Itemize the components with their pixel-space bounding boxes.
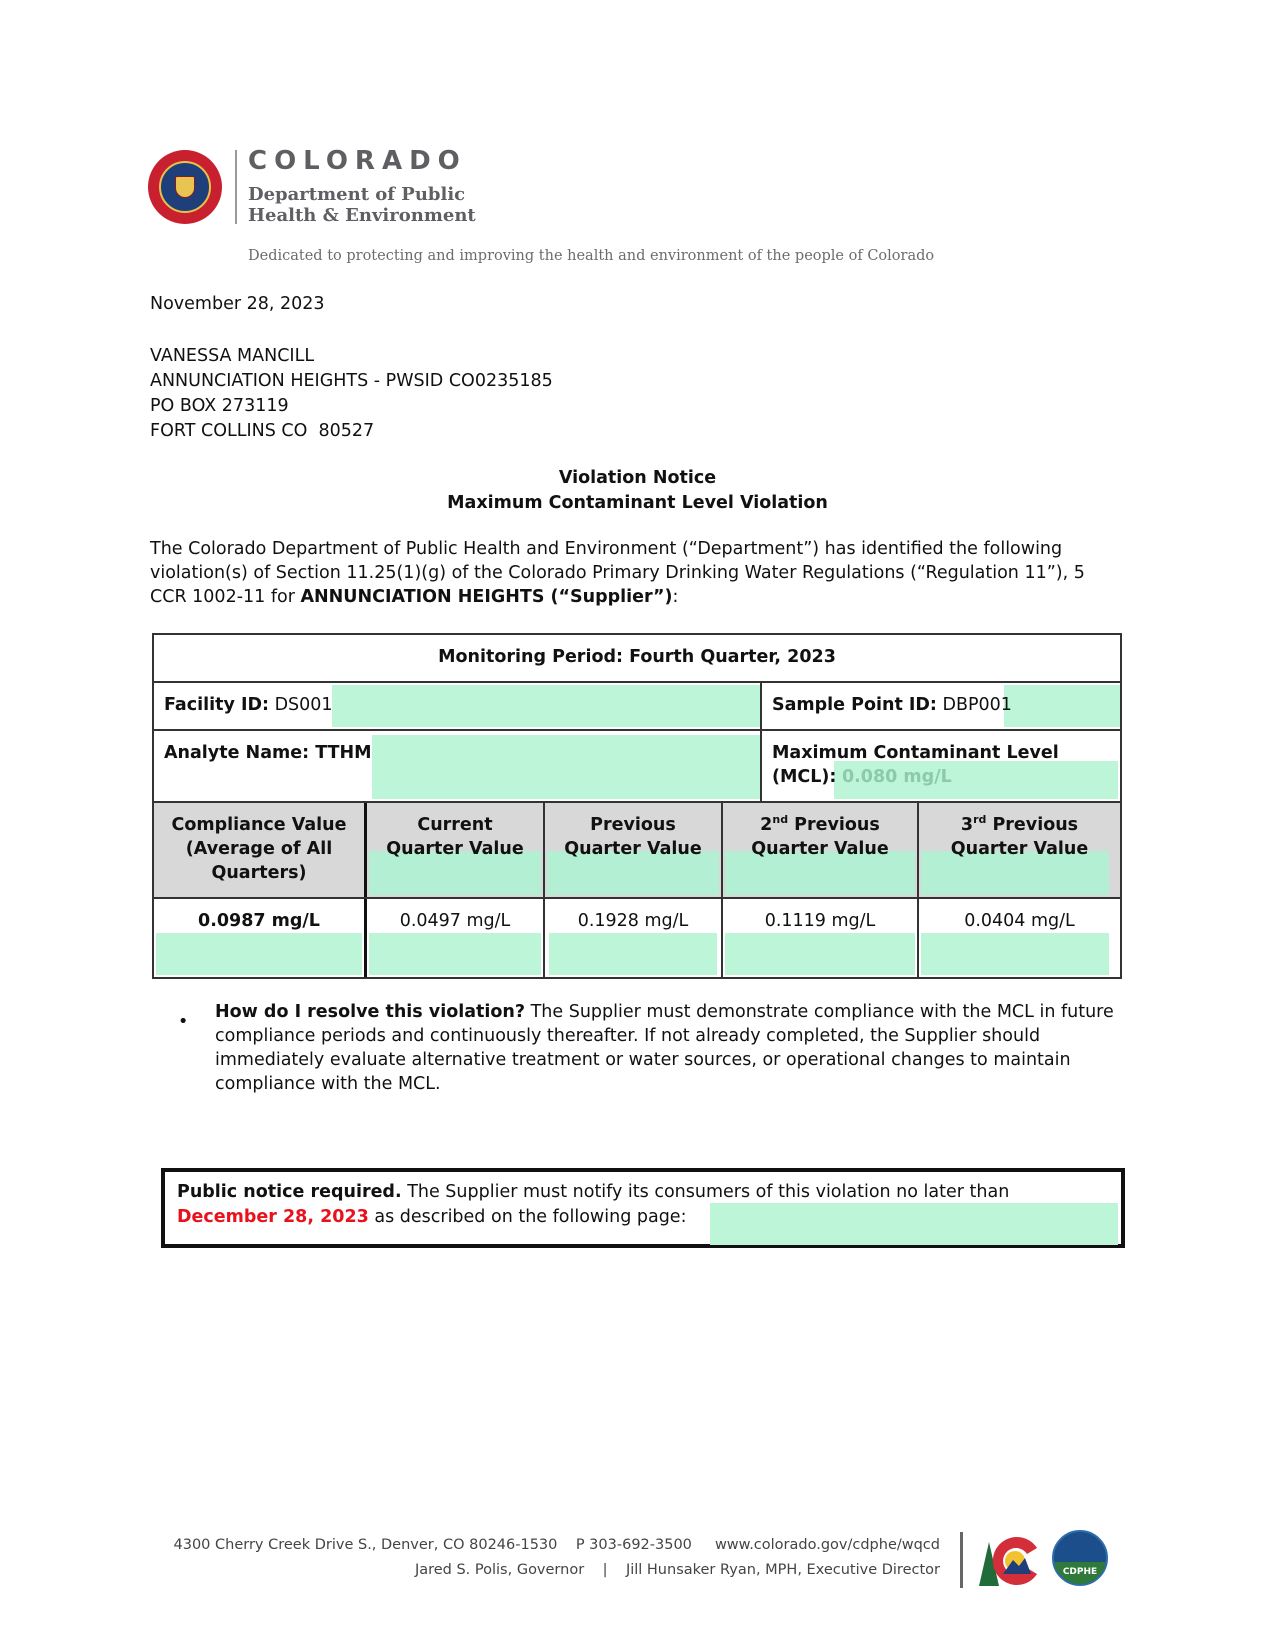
compliance-value: 0.0987 mg/L	[154, 899, 367, 977]
recipient-system: ANNUNCIATION HEIGHTS - PWSID CO0235185	[150, 369, 553, 394]
column-header-2nd-previous-quarter: 2nd Previous Quarter Value	[723, 803, 919, 897]
notice-title: Violation Notice Maximum Contaminant Lev…	[0, 466, 1275, 516]
column-header-3rd-previous-quarter: 3rd Previous Quarter Value	[919, 803, 1120, 897]
logo-divider	[235, 150, 237, 224]
notice-title-main: Violation Notice	[0, 466, 1275, 491]
colorado-state-seal-icon	[148, 150, 222, 224]
public-notice-box: Public notice required. The Supplier mus…	[161, 1168, 1125, 1248]
violation-table: Monitoring Period: Fourth Quarter, 2023 …	[152, 633, 1122, 979]
recipient-name: VANESSA MANCILL	[150, 344, 553, 369]
recipient-address-line1: PO BOX 273119	[150, 394, 553, 419]
sample-point-id-cell: Sample Point ID: DBP001	[762, 683, 1120, 729]
colorado-c-logo-icon	[975, 1530, 1045, 1590]
footer-phone: P 303-692-3500	[576, 1537, 692, 1553]
table-row: 0.0987 mg/L 0.0497 mg/L 0.1928 mg/L 0.11…	[154, 897, 1120, 977]
redaction-highlight	[372, 735, 760, 799]
footer-governor: Jared S. Polis, Governor	[415, 1562, 584, 1578]
recipient-address-line2: FORT COLLINS CO 80527	[150, 419, 553, 444]
letter-date: November 28, 2023	[150, 292, 325, 317]
mcl-cell: Maximum Contaminant Level (MCL): 0.080 m…	[762, 731, 1120, 801]
column-header-previous-quarter: Previous Quarter Value	[545, 803, 723, 897]
mcl-value: 0.080 mg/L	[842, 767, 952, 787]
intro-paragraph: The Colorado Department of Public Health…	[150, 537, 1090, 609]
redaction-highlight	[156, 933, 362, 975]
redaction-highlight	[549, 933, 717, 975]
footer-officials: Jared S. Polis, Governor | Jill Hunsaker…	[0, 1562, 940, 1578]
redaction-highlight	[332, 685, 760, 727]
resolution-instructions: How do I resolve this violation? The Sup…	[215, 1000, 1115, 1096]
3rd-previous-quarter-value: 0.0404 mg/L	[919, 899, 1120, 977]
facility-id-cell: Facility ID: DS001	[154, 683, 762, 729]
logo-state-name: COLORADO	[248, 146, 467, 176]
footer-contact: 4300 Cherry Creek Drive S., Denver, CO 8…	[0, 1537, 940, 1553]
2nd-previous-quarter-value: 0.1119 mg/L	[723, 899, 919, 977]
footer-divider	[960, 1532, 963, 1588]
tagline: Dedicated to protecting and improving th…	[248, 248, 934, 264]
notice-subtitle: Maximum Contaminant Level Violation	[0, 491, 1275, 516]
bullet-icon: •	[178, 1012, 188, 1032]
recipient-address: VANESSA MANCILL ANNUNCIATION HEIGHTS - P…	[150, 344, 553, 444]
previous-quarter-value: 0.1928 mg/L	[545, 899, 723, 977]
column-header-compliance-value: Compliance Value (Average of All Quarter…	[154, 803, 367, 897]
redaction-highlight	[725, 933, 915, 975]
footer-address: 4300 Cherry Creek Drive S., Denver, CO 8…	[174, 1537, 558, 1553]
redaction-highlight	[921, 933, 1109, 975]
redaction-highlight	[1004, 685, 1120, 727]
public-notice-deadline: December 28, 2023	[177, 1207, 369, 1227]
redaction-highlight	[369, 933, 541, 975]
cdphe-logo-icon: CDPHE	[1052, 1530, 1108, 1586]
column-header-current-quarter: Current Quarter Value	[367, 803, 545, 897]
current-quarter-value: 0.0497 mg/L	[367, 899, 545, 977]
footer-website-link[interactable]: www.colorado.gov/cdphe/wqcd	[715, 1537, 940, 1553]
monitoring-period: Monitoring Period: Fourth Quarter, 2023	[154, 635, 1120, 681]
table-header-row: Compliance Value (Average of All Quarter…	[154, 801, 1120, 897]
footer-director: Jill Hunsaker Ryan, MPH, Executive Direc…	[626, 1562, 940, 1578]
analyte-name-cell: Analyte Name: TTHM	[154, 731, 762, 801]
logo-department-name: Department of Public Health & Environmen…	[248, 184, 476, 226]
